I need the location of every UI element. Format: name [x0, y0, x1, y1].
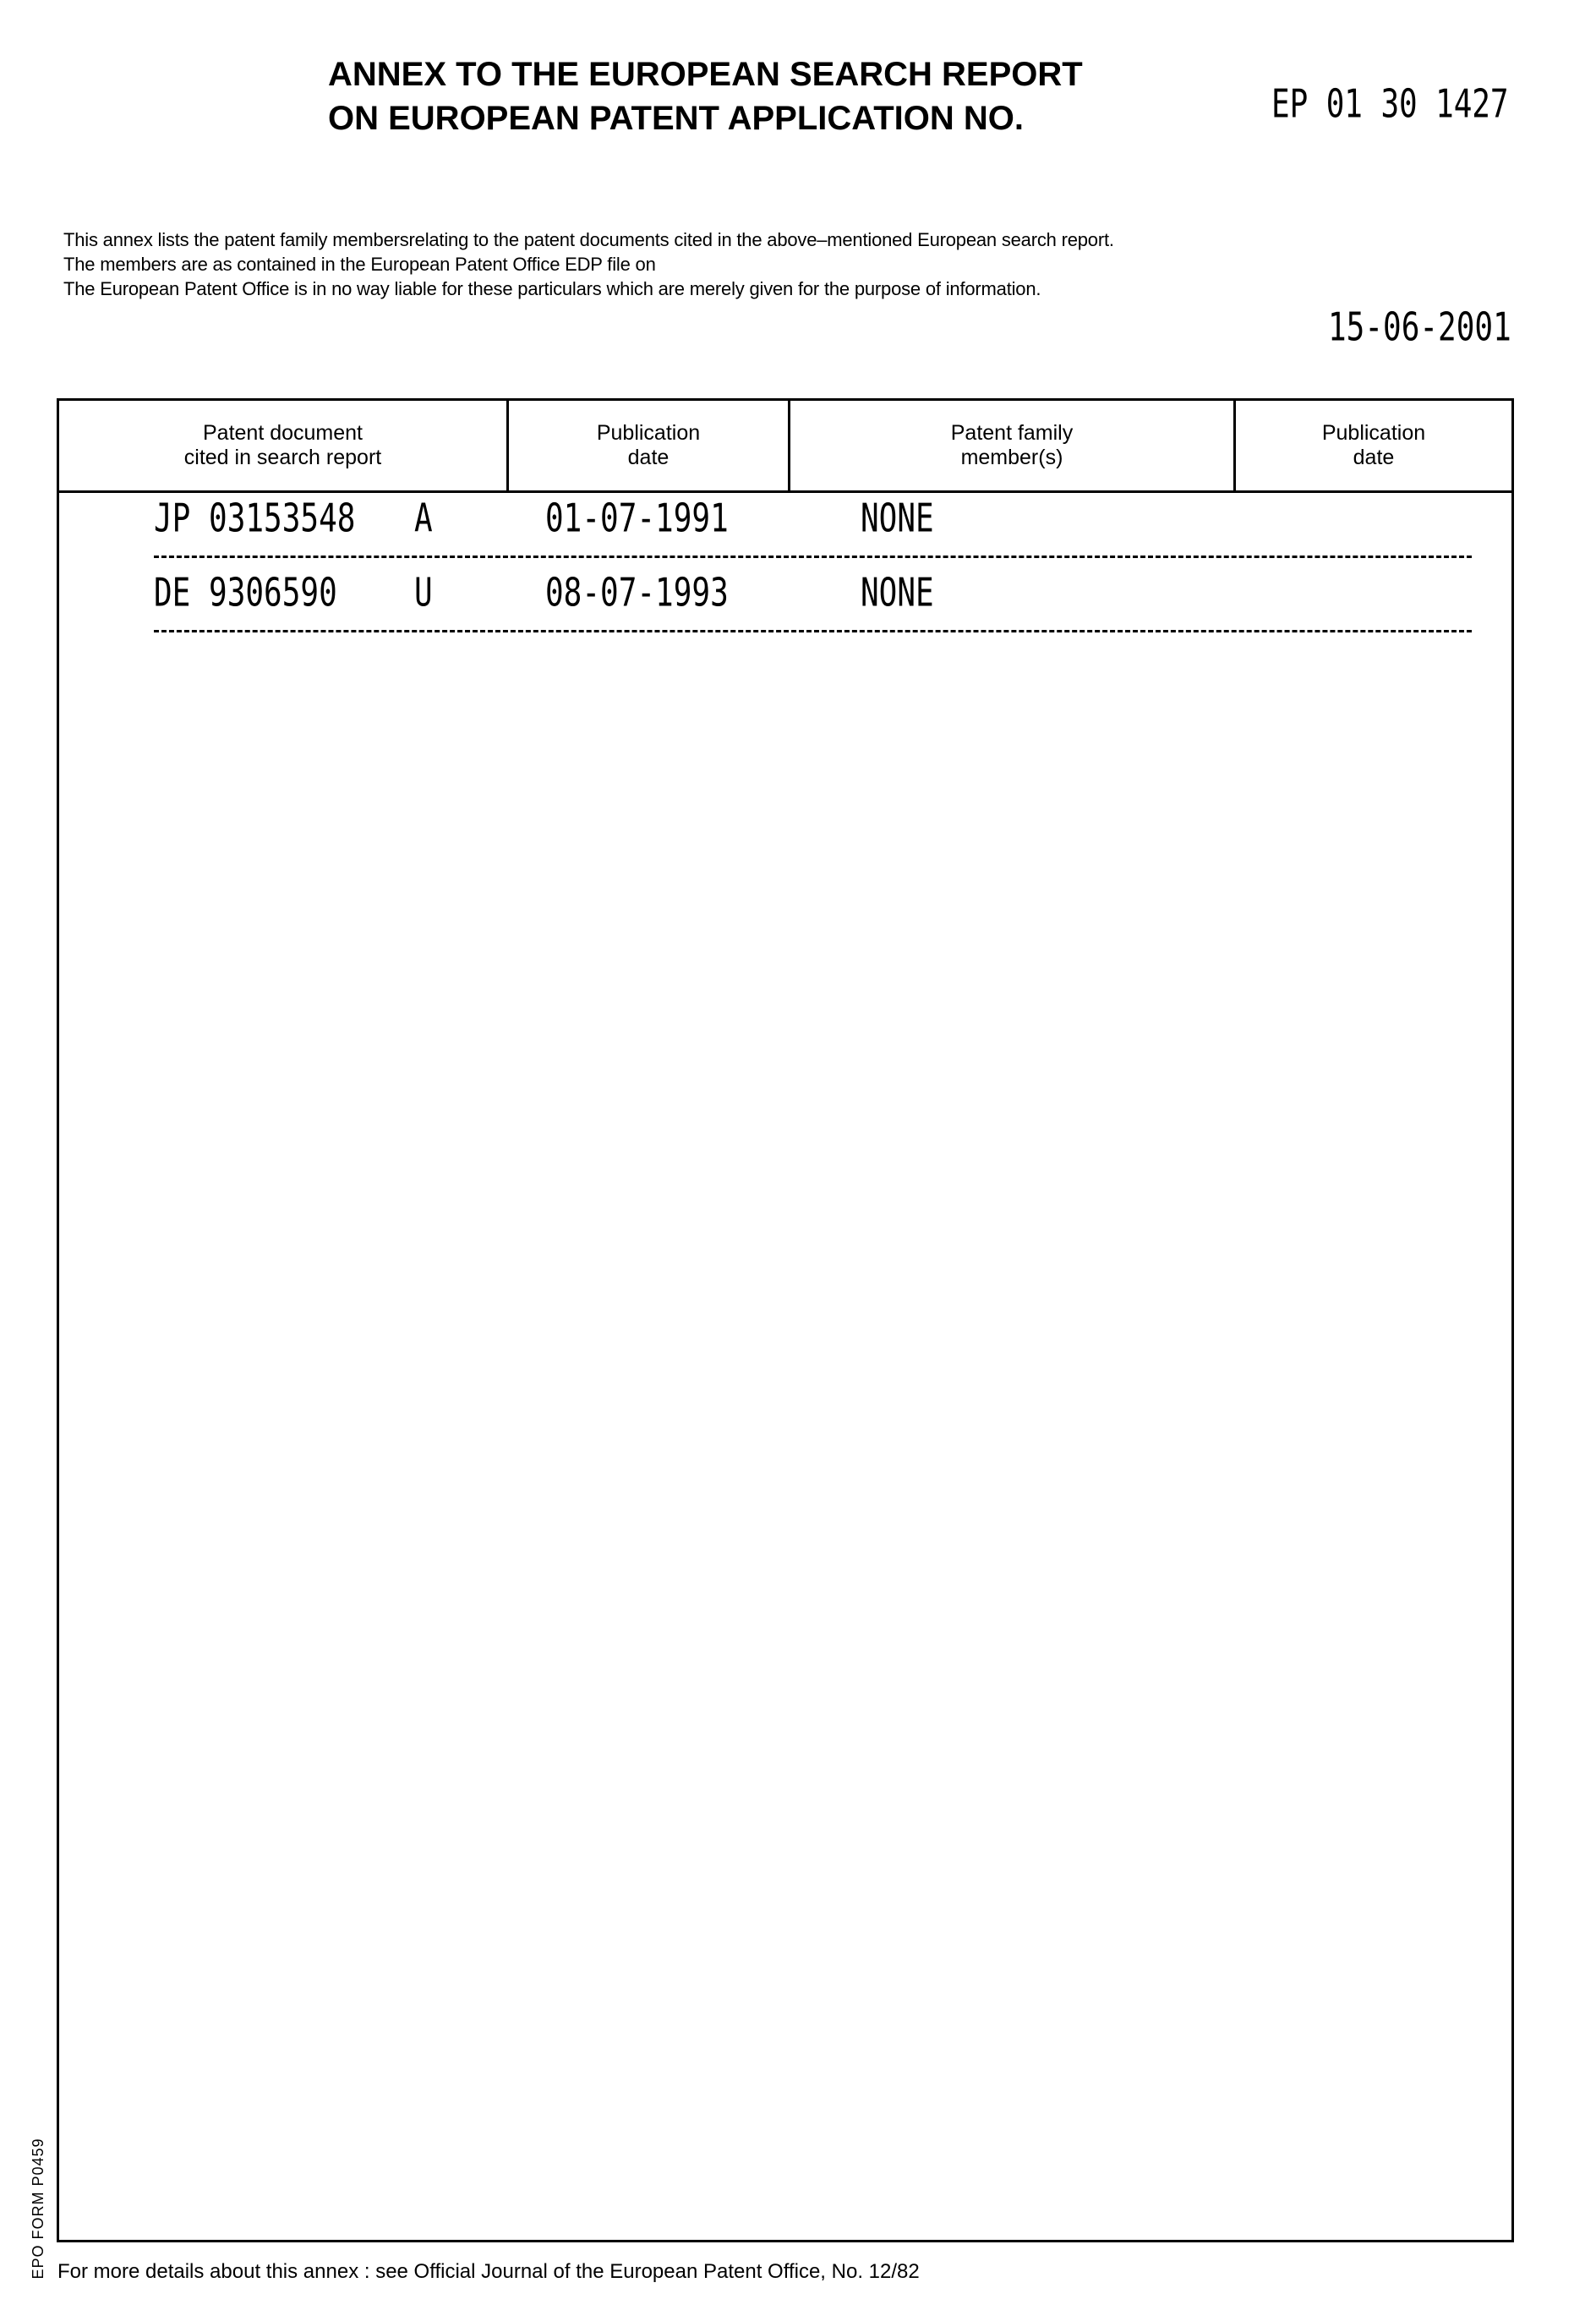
header-line: Patent document: [184, 421, 381, 446]
header-line: Publication: [1322, 421, 1425, 446]
report-date-text: 15-06-2001: [1328, 307, 1511, 350]
cited-document: DE 9306590: [154, 582, 337, 616]
application-number: EP 01 30 1427: [1271, 93, 1508, 127]
header-family-publication-date: Publicationdate: [1236, 401, 1511, 490]
document-kind-text: U: [414, 572, 433, 616]
publication-date-text: 01-07-1991: [545, 498, 729, 541]
cited-document-text: DE 9306590: [154, 572, 337, 616]
document-kind: U: [414, 582, 433, 616]
report-title-line1: ANNEX TO THE EUROPEAN SEARCH REPORT: [328, 57, 1083, 91]
report-title-line2: ON EUROPEAN PATENT APPLICATION NO.: [328, 101, 1024, 135]
cited-document-text: JP 03153548: [154, 498, 355, 541]
report-date: 15-06-2001: [1328, 316, 1511, 350]
header-publication-date: Publicationdate: [509, 401, 790, 490]
footer-note: For more details about this annex : see …: [57, 2261, 920, 2283]
header-line: date: [1322, 446, 1425, 470]
family-members-text: NONE: [861, 498, 934, 541]
header-line: Publication: [597, 421, 700, 446]
intro-line2: The members are as contained in the Euro…: [63, 255, 656, 274]
header-line: date: [597, 446, 700, 470]
header-line: member(s): [951, 446, 1074, 470]
publication-date: 08-07-1993: [545, 582, 729, 616]
header-line: Patent family: [951, 421, 1074, 446]
row-separator: [154, 556, 1472, 558]
row-separator: [154, 630, 1472, 632]
family-members: NONE: [861, 582, 934, 616]
table-header: Patent documentcited in search report Pu…: [59, 401, 1511, 493]
form-code: EPO FORM P0459: [30, 2138, 46, 2279]
cited-document: JP 03153548: [154, 507, 355, 541]
publication-date: 01-07-1991: [545, 507, 729, 541]
patent-family-table: Patent documentcited in search report Pu…: [57, 398, 1514, 2242]
document-kind-text: A: [414, 498, 433, 541]
document-kind: A: [414, 507, 433, 541]
application-number-text: EP 01 30 1427: [1271, 84, 1508, 127]
header-family-members: Patent familymember(s): [790, 401, 1236, 490]
intro-line3: The European Patent Office is in no way …: [63, 280, 1041, 298]
family-members-text: NONE: [861, 572, 934, 616]
header-patent-document: Patent documentcited in search report: [59, 401, 509, 490]
publication-date-text: 08-07-1993: [545, 572, 729, 616]
header-line: cited in search report: [184, 446, 381, 470]
family-members: NONE: [861, 507, 934, 541]
intro-line1: This annex lists the patent family membe…: [63, 231, 1114, 249]
